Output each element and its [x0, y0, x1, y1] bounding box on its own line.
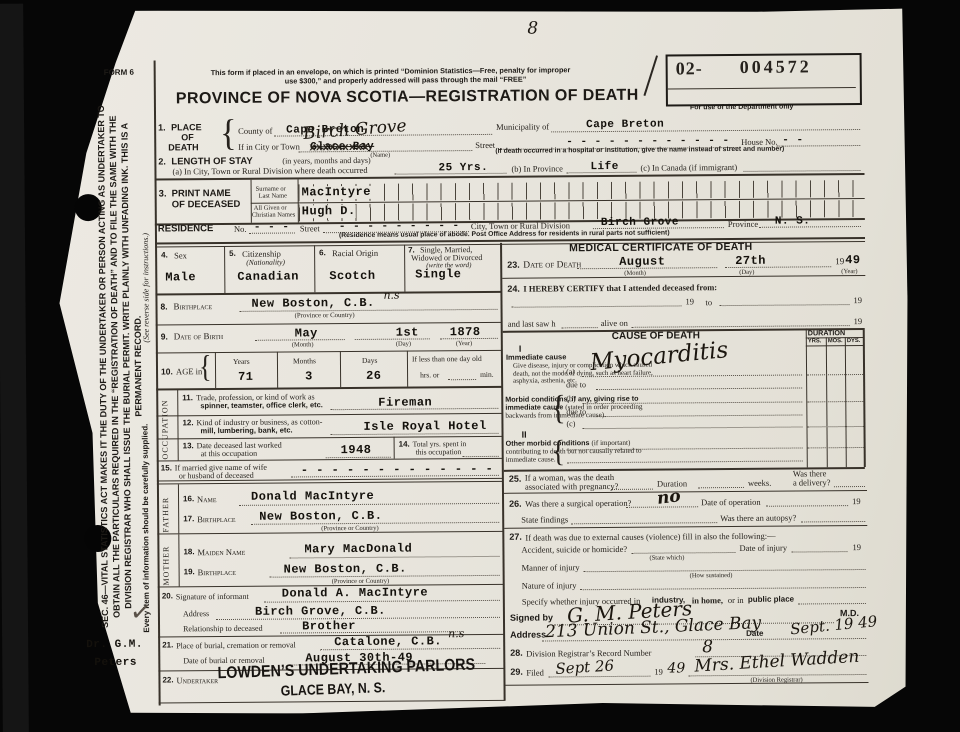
age-number: 10.: [161, 367, 173, 376]
dob-label: Date of Birth: [174, 332, 223, 342]
citizenship-value: Canadian: [237, 270, 299, 284]
state-which-note: (State which): [649, 554, 684, 561]
duration-mos: MOS.: [828, 338, 843, 344]
cause-due1-label: due to: [566, 381, 586, 390]
filed-label: Filed: [526, 669, 544, 678]
racial-origin-number: 6.: [319, 249, 326, 258]
medical-certificate-title: MEDICAL CERTIFICATE OF DEATH: [569, 242, 752, 255]
mother-birthplace-value: New Boston, C.B.: [284, 563, 407, 577]
father-side-cell: FATHER: [158, 484, 179, 533]
last-worked-label-2: at this occupation: [201, 450, 258, 459]
undertaker-number: 22.: [162, 676, 173, 685]
physician-address-label: Address: [510, 630, 546, 640]
filed-number: 29.: [510, 668, 523, 678]
margin-doctor-note-line1: Dr. G.M.: [86, 639, 143, 652]
father-name-number: 16.: [183, 495, 194, 504]
dod-day-value: 27th: [735, 255, 766, 268]
injury-date-label: Date of injury: [739, 544, 787, 554]
specify-public-place: public place: [748, 596, 794, 605]
dob-number: 9.: [161, 332, 168, 341]
cause-brace-2: {: [552, 436, 566, 470]
informant-label: Signature of informant: [176, 593, 249, 602]
margin-doctor-note-line2: Peters: [94, 657, 137, 669]
registration-number-prefix: 02-: [676, 59, 703, 79]
injury-19: 19: [852, 543, 861, 552]
dod-label: Date of Death: [523, 260, 581, 271]
undertaker-label: Undertaker: [176, 676, 218, 686]
mother-name-number: 18.: [183, 548, 194, 557]
residence-street-label: Street: [300, 224, 320, 233]
industry-label-2: mill, lumbering, bank, etc.: [200, 426, 292, 435]
given-names-value: Hugh D.: [302, 205, 356, 219]
operation-value: no: [656, 487, 682, 508]
residence-label: RESIDENCE: [158, 224, 214, 235]
pregnancy-weeks-label: weeks.: [748, 479, 771, 489]
pregnancy-number: 25.: [509, 475, 522, 485]
house-no-value: - -: [782, 134, 803, 146]
record-number-value: 8: [702, 638, 713, 657]
residence-division-value: Birch Grove: [601, 216, 679, 229]
name-note: (Name): [370, 152, 390, 159]
burial-hand-note: n.s: [448, 628, 464, 640]
dod-number: 23.: [507, 261, 520, 271]
specify-or-in: or in: [728, 596, 744, 605]
total-yrs-number: 14.: [399, 441, 410, 450]
informant-address-label: Address: [183, 610, 209, 619]
operation-date-label: Date of operation: [701, 498, 761, 508]
last-worked-value: 1948: [341, 444, 372, 457]
filed-19: 19: [654, 668, 663, 677]
age-days-value: 26: [366, 370, 382, 383]
certify-label: I HEREBY CERTIFY that I attended decease…: [523, 283, 717, 294]
mother-side-cell: MOTHER: [158, 534, 179, 586]
municipality-value: Cape Breton: [586, 119, 664, 132]
age-hrs-line: [448, 379, 476, 380]
age-hrs-label: hrs. or: [420, 371, 439, 379]
stay-b-value: Life: [590, 161, 619, 173]
informant-relationship-label: Relationship to deceased: [183, 625, 263, 634]
dob-year-value: 1878: [450, 326, 481, 339]
how-sustained-note: (How sustained): [690, 572, 733, 579]
burial-value: Catalone, C.B.: [334, 635, 442, 649]
trade-value: Fireman: [378, 396, 432, 410]
scan-tilt-wrapper: SEC. 46—VITAL STATISTICS ACT MAKES IT TH…: [0, 0, 960, 732]
registration-number: 004572: [740, 57, 812, 77]
age-min-label: min.: [480, 371, 494, 379]
cause-a-label: (a): [566, 368, 575, 377]
father-side-label: FATHER: [162, 486, 171, 532]
city-town-label: If in City or Town: [238, 142, 300, 152]
stay-a-label: (a) In City, Town or Rural Division wher…: [172, 166, 367, 177]
residence-no-label: No.: [234, 225, 247, 234]
sex-label: Sex: [174, 251, 187, 260]
external-number: 27.: [509, 533, 522, 543]
margin-sec46-text: SEC. 46—VITAL STATISTICS ACT MAKES IT TH…: [96, 105, 144, 628]
s1-label-3: DEATH: [168, 143, 198, 153]
age-years-value: 71: [238, 371, 254, 384]
dob-day-value: 1st: [396, 326, 419, 339]
certify-19a: 19: [685, 297, 694, 306]
mother-birthplace-number: 19.: [184, 568, 195, 577]
handwritten-page-mark: 8: [527, 20, 538, 39]
scanned-death-registration: SEC. 46—VITAL STATISTICS ACT MAKES IT TH…: [0, 0, 960, 732]
dod-year-value: 49: [845, 254, 861, 267]
dob-month-value: May: [295, 327, 318, 340]
aliveon-label: alive on: [601, 319, 628, 329]
duration-dys: DYS.: [847, 338, 861, 344]
surname-value: MacIntyre: [302, 186, 371, 200]
municipality-label: Municipality of: [496, 122, 549, 132]
informant-number: 20.: [162, 592, 173, 601]
s1-brace: {: [220, 113, 237, 154]
occupation-side-label: OCCUPATION: [161, 391, 170, 459]
racial-origin-label: Racial Origin: [332, 249, 378, 259]
industry-value: Isle Royal Hotel: [363, 420, 486, 434]
given-label-2: Christian Names: [252, 211, 296, 218]
racial-origin-value: Scotch: [329, 270, 375, 284]
autopsy-label: Was there an autopsy?: [720, 514, 796, 524]
duration-label: DURATION: [808, 329, 845, 337]
residence-province-value: N. S.: [775, 215, 811, 227]
burial-number: 21.: [162, 641, 173, 650]
physician-date-label: Date: [746, 630, 763, 639]
birthplace-number: 8.: [160, 302, 167, 311]
divider-13-14: [394, 437, 395, 459]
dod-month-value: August: [619, 256, 665, 270]
findings-label: State findings: [521, 515, 568, 525]
immediate-cause-label: Immediate cause: [506, 353, 567, 362]
margin-see-reverse: (See reverse side for instructions.): [141, 153, 151, 343]
age-months-label: Months: [293, 357, 316, 365]
spouse-number: 15.: [161, 464, 172, 473]
external-label: If death was due to external causes (vio…: [525, 532, 775, 543]
father-birthplace-value: New Boston, C.B.: [259, 510, 382, 524]
filed-date-value: Sept 26: [555, 657, 615, 677]
occupation-side-cell: OCCUPATION: [157, 389, 179, 460]
surname-label-2: Last Name: [259, 193, 287, 200]
record-number-label-num: 28.: [510, 649, 523, 659]
father-birthplace-label: Birthplace: [197, 515, 235, 525]
dob-day-note: (Day): [396, 341, 411, 348]
citizenship-note: (Nationality): [246, 259, 285, 268]
stay-c-label: (c) In Canada (if immigrant): [640, 163, 737, 173]
residence-province-label: Province: [728, 220, 758, 230]
operation-number: 26.: [509, 500, 522, 510]
page-title: PROVINCE OF NOVA SCOTIA—REGISTRATION OF …: [176, 87, 639, 108]
burial-label: Place of burial, cremation or removal: [176, 641, 296, 651]
sex-number: 4.: [161, 251, 168, 260]
pen-checkmark: ✓: [128, 597, 153, 628]
age-infant-label: If less than one day old: [412, 355, 482, 364]
cause-c-label: (c): [566, 420, 575, 429]
county-label: County of: [238, 127, 272, 137]
accident-label: Accident, suicide or homicide?: [521, 545, 627, 555]
informant-value: Donald A. MacIntyre: [282, 586, 428, 600]
form-number: FORM 6: [104, 69, 134, 78]
dob-month-note: (Month): [292, 341, 314, 348]
s3-number: 3.: [159, 189, 167, 199]
citizenship-number: 5.: [229, 250, 236, 259]
mother-name-value: Mary MacDonald: [304, 543, 412, 557]
spouse-value: - - - - - - - - - - - - -: [301, 463, 494, 478]
age-brace: {: [199, 350, 212, 384]
father-birthplace-number: 17.: [183, 515, 194, 524]
margin-sec46-note: SEC. 46—VITAL STATISTICS ACT MAKES IT TH…: [96, 99, 146, 634]
last-worked-number: 13.: [183, 442, 194, 451]
street-label: Street: [475, 141, 495, 150]
specify-home: in home,: [692, 596, 723, 606]
lastsaw-label: and last saw h: [508, 319, 556, 329]
manner-label: Manner of injury: [522, 563, 580, 573]
informant-address-value: Birch Grove, C.B.: [255, 605, 386, 619]
lastsaw-19: 19: [854, 317, 863, 326]
certify-number: 24.: [507, 285, 520, 295]
mother-name-label: Maiden Name: [197, 548, 245, 558]
father-name-label: Name: [197, 495, 217, 504]
department-only-note: For use of the Department only: [690, 104, 794, 112]
other-morbid-label: Other morbid conditions (if important) c…: [506, 439, 661, 464]
pregnancy-label-2: associated with pregnancy?: [525, 482, 619, 492]
cause-due2-label: due to: [566, 408, 586, 417]
birthplace-value: New Boston, C.B.: [251, 297, 374, 311]
birthplace-hand-note: n.s: [383, 290, 399, 302]
total-yrs-label-2: this occupation: [416, 448, 462, 457]
mother-side-label: MOTHER: [162, 536, 171, 585]
birthplace-note: (Province or Country): [295, 312, 355, 320]
s2-number: 2.: [158, 157, 166, 167]
city-town-overstrike: xxxxxxxxx: [309, 142, 369, 155]
birthplace-label: Birthplace: [173, 302, 212, 312]
duration-yrs: YRS.: [808, 338, 822, 344]
certify-19b: 19: [853, 296, 862, 305]
trade-label-2: spinner, teamster, office clerk, etc.: [200, 401, 323, 410]
sex-value: Male: [165, 271, 196, 284]
informant-relationship-value: Brother: [302, 620, 356, 634]
s1-number: 1.: [158, 123, 166, 133]
film-edge: [0, 4, 29, 732]
delivery-label-2: a delivery?: [793, 478, 831, 488]
marital-value: Single: [415, 268, 461, 282]
certify-to: to: [705, 298, 712, 307]
operation-19: 19: [852, 497, 861, 506]
trade-number: 11.: [182, 394, 193, 403]
age-years-label: Years: [233, 358, 250, 366]
age-days-label: Days: [362, 357, 377, 365]
stay-b-label: (b) In Province: [511, 164, 563, 174]
dod-year-pre: 19: [835, 257, 844, 267]
age-months-value: 3: [305, 370, 313, 383]
residence-no-value: - - -: [254, 221, 290, 233]
father-name-value: Donald MacIntyre: [251, 490, 374, 504]
nature-label: Nature of injury: [522, 581, 577, 591]
industry-number: 12.: [182, 419, 193, 428]
cause-brace-1: {: [551, 389, 566, 427]
stay-a-value: 25 Yrs.: [438, 162, 488, 174]
mother-birthplace-label: Birthplace: [198, 568, 236, 578]
operation-label: Was there a surgical operation?: [525, 499, 631, 509]
dob-year-note: (Year): [456, 340, 472, 347]
cause-b-label: (b): [566, 395, 575, 404]
filed-year-value: 49: [667, 661, 685, 677]
s3-label-2: OF DECEASED: [172, 200, 241, 211]
